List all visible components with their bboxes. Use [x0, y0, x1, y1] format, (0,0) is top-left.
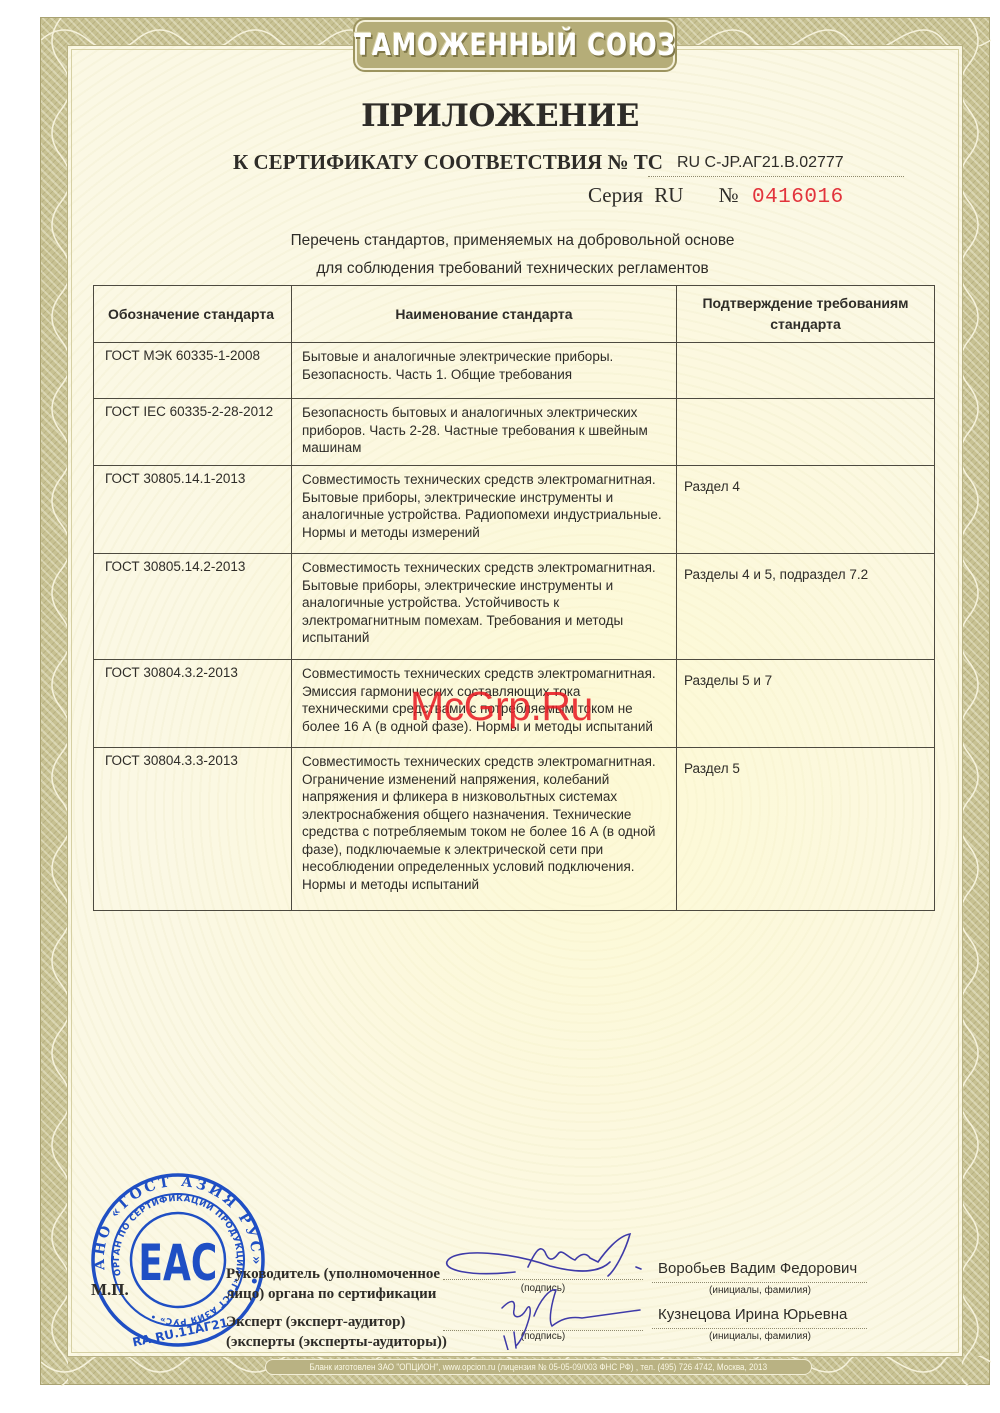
standard-confirmation-cell: Разделы 5 и 7 — [677, 660, 935, 748]
standard-confirmation-cell: Разделы 4 и 5, подраздел 7.2 — [677, 554, 935, 660]
table-row: ГОСТ IEC 60335-2-28-2012Безопасность быт… — [94, 399, 935, 466]
standard-name: Бытовые и аналогичные электрические приб… — [292, 343, 676, 383]
standard-name: Совместимость технических средств электр… — [292, 748, 676, 893]
standard-confirmation — [677, 343, 934, 355]
head-label-line-1: Руководитель (уполномоченное — [226, 1264, 440, 1284]
standard-confirmation — [677, 399, 934, 411]
standard-name: Совместимость технических средств электр… — [292, 660, 676, 735]
certificate-number: RU C-JP.АГ21.B.02777 — [677, 154, 844, 172]
table-row: ГОСТ 30805.14.2-2013Совместимость технич… — [94, 554, 935, 660]
standard-confirmation: Разделы 5 и 7 — [677, 660, 934, 690]
head-of-certification-label: Руководитель (уполномоченное лицо) орган… — [226, 1264, 440, 1304]
number-sign: № — [719, 183, 739, 207]
table-row: ГОСТ 30805.14.1-2013Совместимость технич… — [94, 466, 935, 554]
header-confirmation-text: Подтверждение требованиям стандарта — [696, 293, 916, 335]
certificate-label: К СЕРТИФИКАТУ СООТВЕТСТВИЯ № ТС — [233, 150, 663, 175]
customs-union-banner: ТАМОЖЕННЫЙ СОЮЗ — [355, 20, 675, 70]
standard-confirmation: Раздел 4 — [677, 466, 934, 496]
standard-name-cell: Совместимость технических средств электр… — [292, 554, 677, 660]
stamp-place-label: М.П. — [91, 1280, 129, 1300]
expert-name-line — [652, 1328, 867, 1329]
table-row: ГОСТ 30804.3.3-2013Совместимость техниче… — [94, 748, 935, 911]
standard-name-cell: Совместимость технических средств электр… — [292, 748, 677, 911]
standard-name-cell: Безопасность бытовых и аналогичных элект… — [292, 399, 677, 466]
standard-name-cell: Совместимость технических средств электр… — [292, 466, 677, 554]
standard-name-cell: Совместимость технических средств электр… — [292, 660, 677, 748]
standard-name: Безопасность бытовых и аналогичных элект… — [292, 399, 676, 457]
footer-band: Бланк изготовлен ЗАО "ОПЦИОН", www.opcio… — [265, 1359, 812, 1375]
head-name-caption: (инициалы, фамилия) — [680, 1285, 840, 1296]
page-title: ПРИЛОЖЕНИЕ — [0, 98, 1000, 134]
subtitle-line-2: для соблюдения требований технических ре… — [21, 260, 1000, 278]
standard-confirmation-cell: Раздел 4 — [677, 466, 935, 554]
certificate-number-underline — [648, 176, 904, 177]
standard-designation-cell: ГОСТ 30805.14.2-2013 — [94, 554, 292, 660]
footer-printer-info: Бланк изготовлен ЗАО "ОПЦИОН", www.opcio… — [310, 1362, 768, 1372]
standard-designation: ГОСТ 30805.14.1-2013 — [94, 466, 291, 488]
standard-designation: ГОСТ МЭК 60335-1-2008 — [94, 343, 291, 365]
expert-label-line-1: Эксперт (эксперт-аудитор) — [226, 1312, 447, 1332]
standard-designation: ГОСТ IEC 60335-2-28-2012 — [94, 399, 291, 421]
standard-confirmation-cell — [677, 343, 935, 399]
standard-confirmation-cell — [677, 399, 935, 466]
header-designation: Обозначение стандарта — [94, 286, 292, 343]
serial-number: 0416016 — [752, 186, 844, 209]
guilloche-pattern-left — [41, 18, 68, 1386]
head-label-line-2: лицо) органа по сертификации — [226, 1284, 440, 1304]
expert-label-line-2: (эксперты (эксперты-аудиторы)) — [226, 1332, 447, 1352]
standard-designation-cell: ГОСТ 30805.14.1-2013 — [94, 466, 292, 554]
header-name: Наименование стандарта — [292, 286, 677, 343]
standard-confirmation: Разделы 4 и 5, подраздел 7.2 — [677, 554, 934, 584]
standard-designation: ГОСТ 30805.14.2-2013 — [94, 554, 291, 576]
expert-signature-caption: (подпись) — [503, 1331, 583, 1342]
standard-confirmation: Раздел 5 — [677, 748, 934, 778]
standard-designation-cell: ГОСТ МЭК 60335-1-2008 — [94, 343, 292, 399]
series-label: Серия — [588, 183, 643, 207]
head-signature-line — [443, 1279, 643, 1280]
series-line: Серия RU № 0416016 — [588, 183, 844, 209]
expert-label: Эксперт (эксперт-аудитор) (эксперты (экс… — [226, 1312, 447, 1352]
standard-name: Совместимость технических средств электр… — [292, 466, 676, 541]
header-confirmation: Подтверждение требованиям стандарта — [677, 286, 935, 343]
standard-designation-cell: ГОСТ 30804.3.2-2013 — [94, 660, 292, 748]
standards-table: Обозначение стандарта Наименование станд… — [93, 285, 935, 911]
standard-designation-cell: ГОСТ IEC 60335-2-28-2012 — [94, 399, 292, 466]
table-header-row: Обозначение стандарта Наименование станд… — [94, 286, 935, 343]
standard-designation-cell: ГОСТ 30804.3.3-2013 — [94, 748, 292, 911]
banner-text: ТАМОЖЕННЫЙ СОЮЗ — [354, 28, 676, 63]
guilloche-pattern-right — [962, 18, 989, 1386]
expert-name-caption: (инициалы, фамилия) — [680, 1331, 840, 1342]
standard-name: Совместимость технических средств электр… — [292, 554, 676, 647]
head-name-line — [652, 1282, 867, 1283]
subtitle-line-1: Перечень стандартов, применяемых на добр… — [21, 232, 1000, 250]
table-row: ГОСТ МЭК 60335-1-2008Бытовые и аналогичн… — [94, 343, 935, 399]
series-value: RU — [654, 183, 683, 207]
standard-designation: ГОСТ 30804.3.2-2013 — [94, 660, 291, 682]
expert-name: Кузнецова Ирина Юрьевна — [658, 1306, 847, 1323]
standard-confirmation-cell: Раздел 5 — [677, 748, 935, 911]
head-name: Воробьев Вадим Федорович — [658, 1260, 857, 1277]
table-row: ГОСТ 30804.3.2-2013Совместимость техниче… — [94, 660, 935, 748]
head-signature-caption: (подпись) — [503, 1283, 583, 1294]
standard-designation: ГОСТ 30804.3.3-2013 — [94, 748, 291, 770]
standard-name-cell: Бытовые и аналогичные электрические приб… — [292, 343, 677, 399]
